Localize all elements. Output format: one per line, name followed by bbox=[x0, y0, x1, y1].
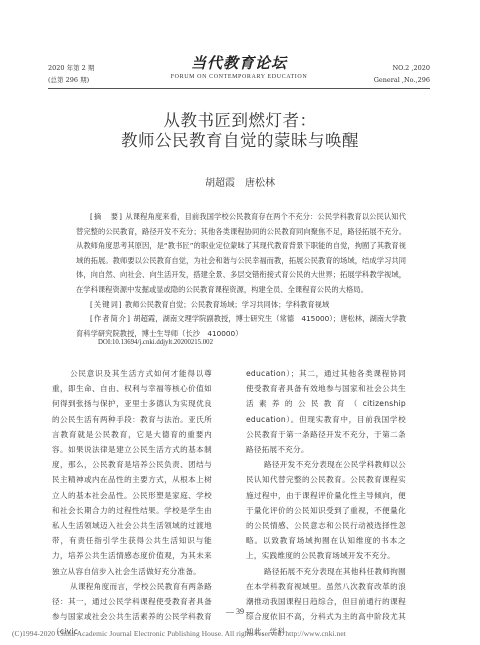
title-line-1: 从教书匠到燃灯者： bbox=[0, 111, 480, 131]
body-column-right: education）；其二，通过其他各类课程协同使受教育者具备有效地参与国家和社… bbox=[246, 366, 406, 640]
paragraph: 公民意识及其生活方式如何才能得以尊重，即生命、自由、权利与幸福等核心价值如何得到… bbox=[52, 366, 212, 579]
journal-logo: 当代教育论坛 bbox=[158, 54, 320, 72]
abstract: [摘 要] 从课程角度来看，目前我国学校公民教育存在两个不充分：公民学科教育以公… bbox=[76, 210, 406, 298]
page-number: — 39 — bbox=[0, 607, 480, 616]
title-line-2: 教师公民教育自觉的蒙昧与唤醒 bbox=[0, 131, 480, 151]
article-authors: 胡超霞 唐松林 bbox=[0, 174, 480, 189]
abstract-label: [摘 要] bbox=[90, 212, 123, 221]
journal-english-name: FORUM ON CONTEMPORARY EDUCATION bbox=[158, 72, 320, 82]
body-column-left: 公民意识及其生活方式如何才能得以尊重，即生命、自由、权利与幸福等核心价值如何得到… bbox=[52, 366, 212, 640]
abstract-text: 从课程角度来看，目前我国学校公民教育存在两个不充分：公民学科教育以公民认知代替完… bbox=[76, 212, 406, 294]
header-left: 2020 年第 2 期 (总第 296 期) bbox=[48, 62, 94, 86]
article-title: 从教书匠到燃灯者： 教师公民教育自觉的蒙昧与唤醒 bbox=[0, 111, 480, 151]
author-info-label: [作者简介] bbox=[90, 314, 131, 323]
paragraph: education）；其二，通过其他各类课程协同使受教育者具备有效地参与国家和社… bbox=[246, 366, 406, 457]
doi[interactable]: DOI:10.13694/j.cnki.ddjylt.20200215.002 bbox=[98, 339, 213, 346]
header-divider bbox=[48, 88, 430, 89]
issue-en: NO.2 ,2020 bbox=[374, 62, 430, 74]
journal-masthead: 当代教育论坛 FORUM ON CONTEMPORARY EDUCATION bbox=[158, 54, 320, 82]
keywords: [关键词] 教师公民教育自觉；公民教育场域；学习共同体；学科教育视域 bbox=[76, 298, 406, 313]
keywords-label: [关键词] bbox=[90, 300, 123, 309]
header-right: NO.2 ,2020 General ,No.,296 bbox=[374, 62, 430, 86]
copyright-footer: (C)1994-2020 China Academic Journal Elec… bbox=[12, 629, 472, 638]
abstract-block: [摘 要] 从课程角度来看，目前我国学校公民教育存在两个不充分：公民学科教育以公… bbox=[76, 210, 406, 341]
total-issue-en: General ,No.,296 bbox=[374, 74, 430, 86]
total-issue-cn: (总第 296 期) bbox=[48, 74, 94, 86]
author-info: [作者简介] 胡超霞，湖南文理学院副教授，博士研究生（常德 415000）；唐松… bbox=[76, 312, 406, 341]
running-header: 2020 年第 2 期 (总第 296 期) 当代教育论坛 FORUM ON C… bbox=[48, 62, 430, 88]
keywords-text: 教师公民教育自觉；公民教育场域；学习共同体；学科教育视域 bbox=[125, 300, 329, 309]
paragraph: 路径开发不充分表现在公民学科教师以公民认知代替完整的公民教育。公民教育课程实施过… bbox=[246, 457, 406, 563]
issue-cn: 2020 年第 2 期 bbox=[48, 62, 94, 74]
